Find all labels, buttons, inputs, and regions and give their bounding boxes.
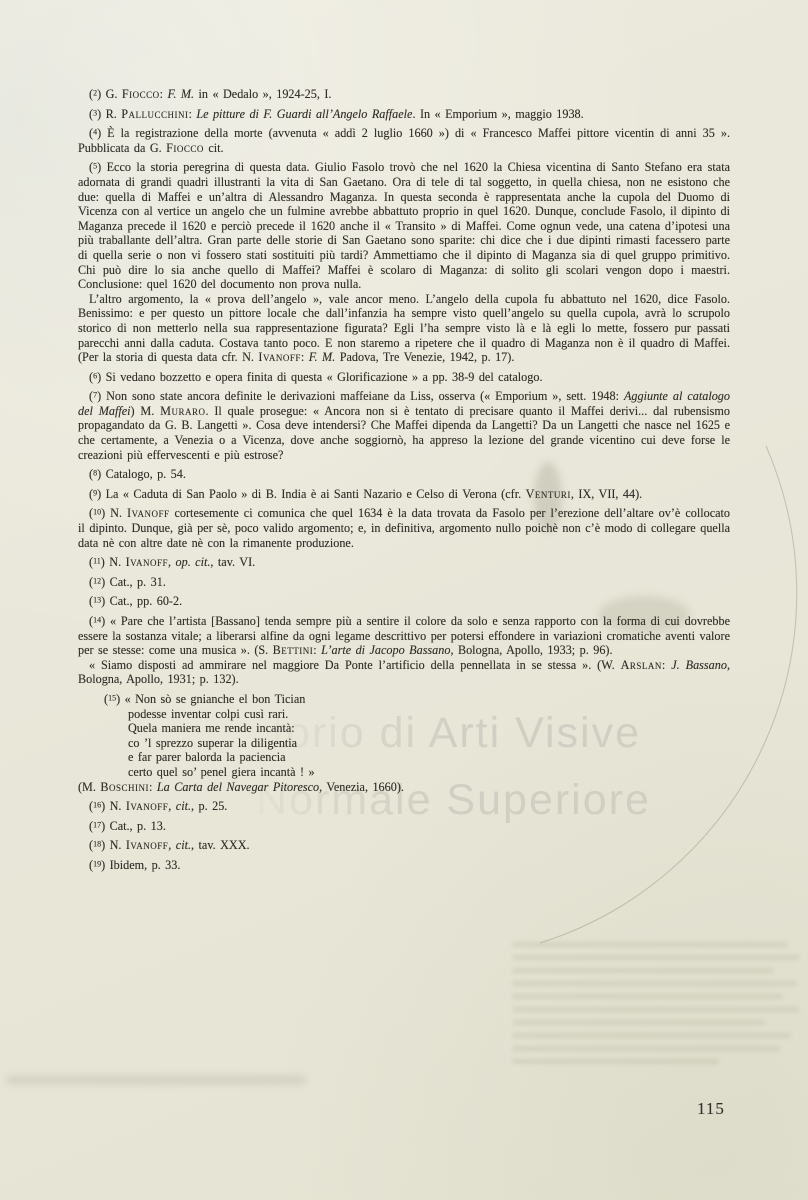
footnote: (13) Cat., pp. 60-2. <box>78 594 730 609</box>
footnote-text: G. <box>106 87 122 101</box>
footnote-marker: (7) <box>89 389 106 403</box>
cited-title-italic: La Carta del Navegar Pitoresco <box>157 780 319 794</box>
footnote-text: : <box>313 643 321 657</box>
footnote-marker: (19) <box>89 858 110 872</box>
footnote-marker: (9) <box>89 487 106 501</box>
poem-line: Quela maniera me rende incantà: <box>78 721 730 736</box>
author-name-smallcaps: Pallucchini <box>121 107 188 121</box>
footnote-marker: (11) <box>89 555 109 569</box>
footnote: (12) Cat., p. 31. <box>78 575 730 590</box>
footnote-text: : <box>662 658 671 672</box>
footnote: (9) La « Caduta di San Paolo » di B. Ind… <box>78 487 730 502</box>
cited-title-italic: F. M. <box>309 350 336 364</box>
footnote: (7) Non sono state ancora definite le de… <box>78 389 730 462</box>
footnote-text: : <box>301 350 309 364</box>
footnote: (3) R. Pallucchini: Le pitture di F. Gua… <box>78 107 730 122</box>
footnote: L’altro argomento, la « prova dell’angel… <box>78 292 730 365</box>
footnote-marker: (5) <box>89 160 107 174</box>
footnote: (14) « Pare che l’artista [Bassano] tend… <box>78 614 730 658</box>
author-name-smallcaps: Bettini <box>273 643 314 657</box>
cited-title-italic: Le pitture di F. Guardi all’Angelo Raffa… <box>196 107 412 121</box>
cited-title-italic: F. M. <box>168 87 195 101</box>
cited-title-italic: cit. <box>176 799 191 813</box>
footnote: (18) N. Ivanoff, cit., tav. XXX. <box>78 838 730 853</box>
footnote-marker: (10) <box>89 506 110 520</box>
footnote-text: , tav. XXX. <box>191 838 250 852</box>
poem-line: (15) « Non sò se gnianche el bon Tician <box>78 692 730 707</box>
footnote-text: Cat., pp. 60-2. <box>110 594 183 608</box>
page-number: 115 <box>697 1099 725 1119</box>
footnote-marker: (4) <box>89 126 107 140</box>
footnote-text: Ecco la storia peregrina di questa data.… <box>78 160 730 291</box>
footnote-text: . In « Emporium », maggio 1938. <box>412 107 583 121</box>
author-name-smallcaps: Fiocco <box>122 87 160 101</box>
poem-line: podesse inventar colpi cusì rari. <box>78 707 730 722</box>
footnote: (11) N. Ivanoff, op. cit., tav. VI. <box>78 555 730 570</box>
footnote: (17) Cat., p. 13. <box>78 819 730 834</box>
footnote-text: Non sono state ancora definite le deriva… <box>106 389 624 403</box>
cited-title-italic: op. cit. <box>176 555 211 569</box>
footnote-marker: (18) <box>89 838 110 852</box>
cited-title-italic: L’arte di Jacopo Bassano <box>321 643 450 657</box>
footnote: « Siamo disposti ad ammirare nel maggior… <box>78 658 730 687</box>
footnote-text: , Venezia, 1660). <box>319 780 404 794</box>
footnote-text: , <box>168 838 176 852</box>
footnote-marker: (6) <box>89 370 106 384</box>
footnote-text: Padova, Tre Venezie, 1942, p. 17). <box>335 350 514 364</box>
footnote-text: , IX, VII, 44). <box>571 487 642 501</box>
footnote-text: Catalogo, p. 54. <box>106 467 186 481</box>
author-name-smallcaps: Arslan <box>621 658 662 672</box>
footnote-marker: (2) <box>89 87 106 101</box>
cited-title-italic: J. Bassano <box>671 658 727 672</box>
author-name-smallcaps: Ivanoff <box>126 799 168 813</box>
footnote-text: , p. 25. <box>191 799 227 813</box>
footnote-text: La « Caduta di San Paolo » di B. India è… <box>106 487 526 501</box>
footnote: (16) N. Ivanoff, cit., p. 25. <box>78 799 730 814</box>
footnote: (2) G. Fiocco: F. M. in « Dedalo », 1924… <box>78 87 730 102</box>
footnote-text: in « Dedalo », 1924-25, I. <box>194 87 331 101</box>
footnote-text: ) M. <box>131 404 161 418</box>
footnotes-block: (2) G. Fiocco: F. M. in « Dedalo », 1924… <box>78 82 730 873</box>
author-name-smallcaps: Ivanoff <box>126 838 168 852</box>
author-name-smallcaps: Muraro <box>160 404 205 418</box>
footnote-text: cortesemente ci comunica che quel 1634 è… <box>78 506 730 549</box>
footnote-text: , <box>168 555 176 569</box>
footnote-marker: (15) <box>104 692 125 706</box>
author-name-smallcaps: Ivanoff <box>258 350 300 364</box>
footnote-text: Cat., p. 13. <box>110 819 166 833</box>
footnote-marker: (12) <box>89 575 110 589</box>
author-name-smallcaps: Ivanoff <box>126 555 168 569</box>
bleed-through-texture <box>512 942 800 1072</box>
footnote-poem: (15) « Non sò se gnianche el bon Ticianp… <box>78 692 730 780</box>
footnote-marker: (13) <box>89 594 110 608</box>
poem-line: certo quel so’ penel giera incantà ! » <box>78 765 730 780</box>
footnote-text: , <box>168 799 176 813</box>
footnote-text: Si vedano bozzetto e opera finita di que… <box>106 370 543 384</box>
footnote: (19) Ibidem, p. 33. <box>78 858 730 873</box>
footnote-text: , tav. VI. <box>210 555 255 569</box>
footnote-text: , Bologna, Apollo, 1933; p. 96). <box>450 643 612 657</box>
author-name-smallcaps: Venturi <box>526 487 571 501</box>
footnote-text: R. <box>106 107 122 121</box>
footnote-marker: (8) <box>89 467 106 481</box>
footnote: (8) Catalogo, p. 54. <box>78 467 730 482</box>
footnote-text: N. <box>110 838 126 852</box>
footnote-text: N. <box>110 506 127 520</box>
footnote-marker: (14) <box>89 614 110 628</box>
footnote-text: N. <box>109 555 125 569</box>
footnote-marker: (16) <box>89 799 110 813</box>
footnote-text: : <box>149 780 157 794</box>
footnote-text: « Siamo disposti ad ammirare nel maggior… <box>89 658 621 672</box>
scanned-book-page: torio di Arti Visive Normale Superiore (… <box>0 0 808 1200</box>
footnote: (M. Boschini: La Carta del Navegar Pitor… <box>78 780 730 795</box>
footnote-text: cit. <box>204 141 224 155</box>
author-name-smallcaps: Fiocco <box>166 141 204 155</box>
poem-line: co ’l sprezzo superar la diligentia <box>78 736 730 751</box>
footnote-text: : <box>160 87 168 101</box>
footnote-marker: (17) <box>89 819 110 833</box>
poem-line: e far parer balorda la paciencia <box>78 750 730 765</box>
author-name-smallcaps: Boschini <box>100 780 149 794</box>
footnote-text: Cat., p. 31. <box>110 575 166 589</box>
footnote: (4) È la registrazione della morte (avve… <box>78 126 730 155</box>
scan-smudge <box>6 1076 306 1084</box>
cited-title-italic: cit. <box>176 838 191 852</box>
footnote: (10) N. Ivanoff cortesemente ci comunica… <box>78 506 730 550</box>
author-name-smallcaps: Ivanoff <box>127 506 169 520</box>
footnote-text: N. <box>110 799 126 813</box>
footnote-marker: (3) <box>89 107 106 121</box>
footnote-text: Ibidem, p. 33. <box>110 858 181 872</box>
footnote: (6) Si vedano bozzetto e opera finita di… <box>78 370 730 385</box>
footnote-text: (M. <box>78 780 100 794</box>
footnote: (5) Ecco la storia peregrina di questa d… <box>78 160 730 291</box>
